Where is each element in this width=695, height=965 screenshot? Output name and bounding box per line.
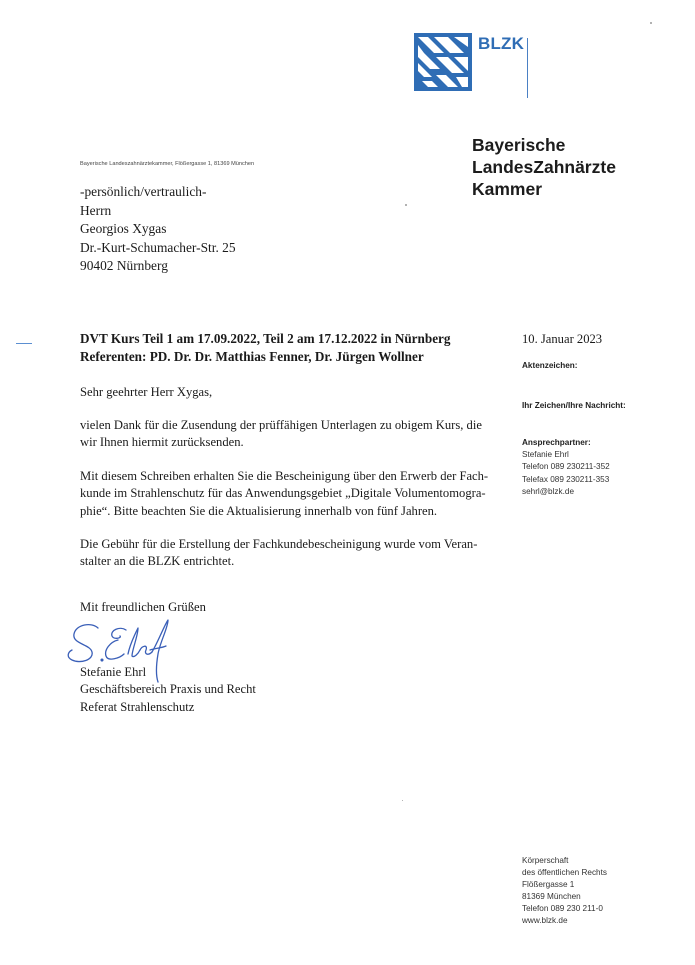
org-name-line: Kammer <box>472 178 616 200</box>
contact-name: Stefanie Ehrl <box>522 449 610 461</box>
contact-fax: Telefax 089 230211-353 <box>522 474 610 486</box>
bavarian-lozenge-flag-icon <box>414 33 472 91</box>
contact-phone: Telefon 089 230211-352 <box>522 461 610 473</box>
paragraph-line: vielen Dank für die Zusendung der prüffä… <box>80 417 490 434</box>
organization-name: Bayerische LandesZahnärzte Kammer <box>472 134 616 200</box>
recipient-street: Dr.-Kurt-Schumacher-Str. 25 <box>80 239 236 258</box>
logo-divider <box>527 38 528 98</box>
paragraph-line: wir Ihnen hiermit zurücksenden. <box>80 434 490 451</box>
recipient-salutation: Herrn <box>80 202 236 221</box>
body-paragraph-3: Die Gebühr für die Erstellung der Fachku… <box>80 536 490 571</box>
footer-line: 81369 München <box>522 891 607 903</box>
org-name-line: LandesZahnärzte <box>472 156 616 178</box>
contact-email[interactable]: sehrl@blzk.de <box>522 486 610 498</box>
recipient-name: Georgios Xygas <box>80 220 236 239</box>
scan-speck <box>650 22 652 24</box>
fold-mark <box>16 343 32 344</box>
confidential-note: -persönlich/vertraulich- <box>80 183 236 202</box>
aktenzeichen-label: Aktenzeichen: <box>522 361 578 370</box>
footer-line: Flößergasse 1 <box>522 879 607 891</box>
paragraph-line: stalter an die BLZK entrichtet. <box>80 553 490 570</box>
footer-line: Telefon 089 230 211-0 <box>522 903 607 915</box>
letter-date: 10. Januar 2023 <box>522 332 602 347</box>
logo-text: BLZK <box>478 34 524 54</box>
paragraph-line: phie“. Bitte beachten Sie die Aktualisie… <box>80 503 490 520</box>
scan-speck <box>402 800 403 801</box>
signer-unit: Referat Strahlenschutz <box>80 699 256 716</box>
scan-speck <box>405 204 407 206</box>
body-paragraph-2: Mit diesem Schreiben erhalten Sie die Be… <box>80 468 490 520</box>
footer-line: des öffentlichen Rechts <box>522 867 607 879</box>
contact-person-block: Ansprechpartner: Stefanie Ehrl Telefon 0… <box>522 437 610 498</box>
org-name-line: Bayerische <box>472 134 616 156</box>
paragraph-line: kunde im Strahlenschutz für das Anwendun… <box>80 485 490 502</box>
footer-line: Körperschaft <box>522 855 607 867</box>
signer-name: Stefanie Ehrl <box>80 664 256 681</box>
footer-address: Körperschaft des öffentlichen Rechts Flö… <box>522 855 607 928</box>
salutation: Sehr geehrter Herr Xygas, <box>80 384 490 401</box>
recipient-city: 90402 Nürnberg <box>80 257 236 276</box>
subject: DVT Kurs Teil 1 am 17.09.2022, Teil 2 am… <box>80 330 451 365</box>
contact-label: Ansprechpartner: <box>522 437 610 449</box>
footer-website[interactable]: www.blzk.de <box>522 915 607 927</box>
paragraph-line: Die Gebühr für die Erstellung der Fachku… <box>80 536 490 553</box>
signer-department: Geschäftsbereich Praxis und Recht <box>80 681 256 698</box>
ihr-zeichen-label: Ihr Zeichen/Ihre Nachricht: <box>522 401 626 410</box>
recipient-address: -persönlich/vertraulich- Herrn Georgios … <box>80 183 236 276</box>
signature-block: Stefanie Ehrl Geschäftsbereich Praxis un… <box>80 664 256 716</box>
subject-line: Referenten: PD. Dr. Dr. Matthias Fenner,… <box>80 348 451 366</box>
sender-return-address: Bayerische Landeszahnärztekammer, Flößer… <box>80 161 254 167</box>
body-paragraph-1: vielen Dank für die Zusendung der prüffä… <box>80 417 490 452</box>
paragraph-line: Mit diesem Schreiben erhalten Sie die Be… <box>80 468 490 485</box>
subject-line: DVT Kurs Teil 1 am 17.09.2022, Teil 2 am… <box>80 330 451 348</box>
